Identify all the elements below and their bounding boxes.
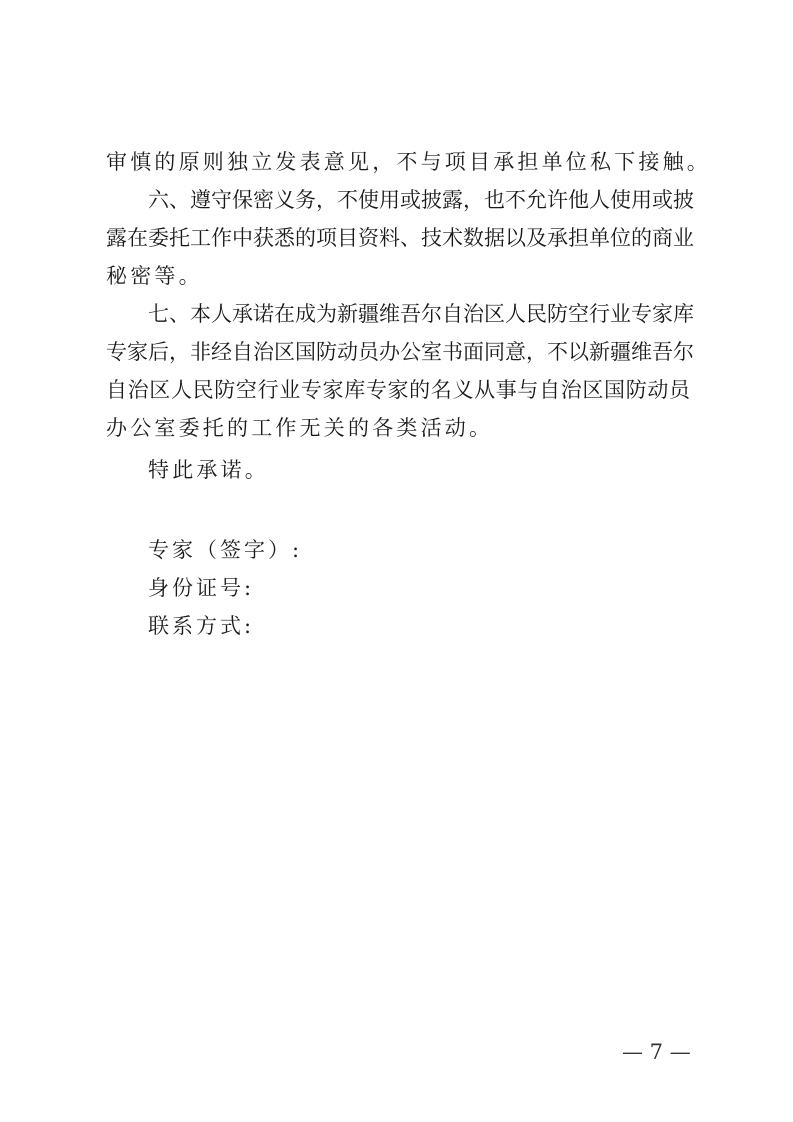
expert-signature-label: 专家（签字）: xyxy=(148,538,302,562)
text-line-3: 露在委托工作中获悉的项目资料、技术数据以及承担单位的商业 xyxy=(106,226,690,250)
text-line-5: 七、本人承诺在成为新疆维吾尔自治区人民防空行业专家库 xyxy=(148,302,690,326)
text-line-4: 秘密等。 xyxy=(106,264,690,288)
text-line-6: 专家后，非经自治区国防动员办公室书面同意，不以新疆维吾尔 xyxy=(106,340,690,364)
text-line-1: 审慎的原则独立发表意见，不与项目承担单位私下接触。 xyxy=(106,150,690,174)
id-number-label: 身份证号: xyxy=(148,576,254,600)
text-line-2: 六、遵守保密义务，不使用或披露，也不允许他人使用或披 xyxy=(148,188,690,212)
text-line-8: 办公室委托的工作无关的各类活动。 xyxy=(106,416,690,440)
page-number: — 7 — xyxy=(622,1040,691,1064)
contact-label: 联系方式: xyxy=(148,614,254,638)
closing-statement: 特此承诺。 xyxy=(148,458,690,482)
document-page: 审慎的原则独立发表意见，不与项目承担单位私下接触。 六、遵守保密义务，不使用或披… xyxy=(0,0,793,1122)
text-line-7: 自治区人民防空行业专家库专家的名义从事与自治区国防动员 xyxy=(106,378,690,402)
